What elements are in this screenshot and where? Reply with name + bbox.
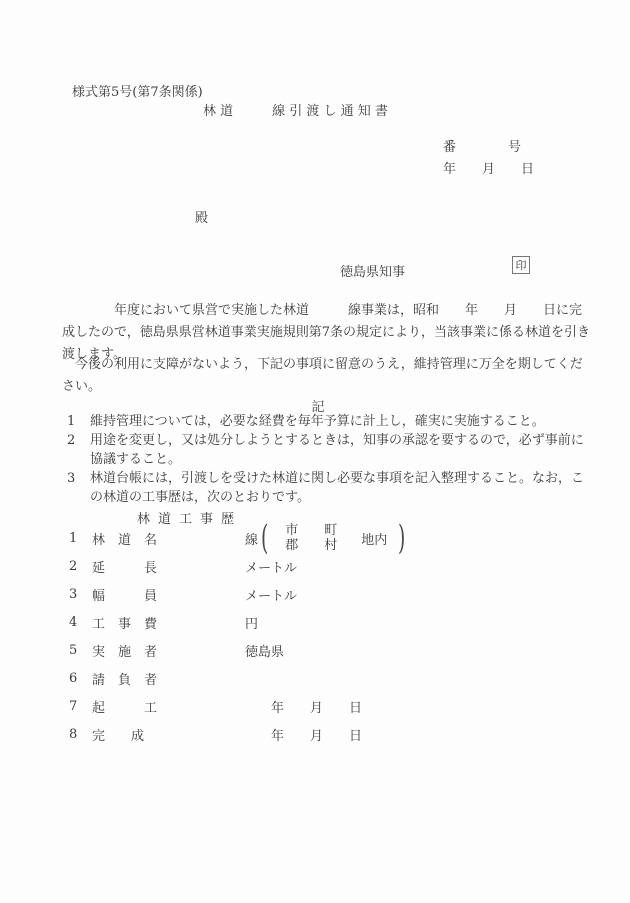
row-number: 3 [69, 587, 92, 602]
note-text: 維持管理については，必要な経費を毎年予算に計上し，確実に実施すること。 [90, 412, 545, 431]
row-value: 年 月 日 [245, 725, 362, 744]
history-route-row: 1 林 道 名 線 ( 市 町 郡 村 地内 ) [69, 524, 614, 552]
row-value: 徳島県 [245, 641, 284, 660]
row-label: 完 成 [92, 725, 245, 744]
row-number: 4 [69, 615, 92, 630]
row-number: 8 [69, 727, 92, 742]
history-row: 2 延 長 メートル [69, 552, 614, 580]
addressee-label: 殿 [195, 207, 208, 226]
document-page: 様式第5号(第7条関係) 林 道 線 引 渡 し 通 知 書 番 号 年 月 日… [0, 0, 630, 903]
row-label: 起 工 [92, 697, 245, 716]
note-item: 3 林道台帳には，引渡しを受けた林道に関し必要な事項を記入整理すること。なお，こ… [67, 469, 602, 507]
route-city-upper: 市 町 [285, 523, 337, 538]
history-row: 6 請 負 者 [69, 664, 614, 692]
route-bracket-open-icon: ( [261, 523, 268, 553]
note-number: 1 [67, 412, 90, 431]
doc-number-line: 番 号 [443, 136, 521, 155]
row-number: 5 [69, 643, 92, 658]
route-bracket-close-icon: ) [398, 523, 405, 553]
form-number-label: 様式第5号(第7条関係) [72, 81, 203, 100]
row-value: 円 [245, 613, 258, 632]
history-row: 8 完 成 年 月 日 [69, 720, 614, 748]
seal-box: 印 [512, 256, 530, 274]
notes-list: 1 維持管理については，必要な経費を毎年予算に計上し，確実に実施すること。 2 … [67, 412, 602, 507]
note-number: 2 [67, 431, 90, 469]
document-title: 林 道 線 引 渡 し 通 知 書 [203, 100, 388, 119]
note-text: 林道台帳には，引渡しを受けた林道に関し必要な事項を記入整理すること。なお，こ の… [90, 469, 584, 507]
row-value: メートル [245, 557, 297, 576]
history-list: 1 林 道 名 線 ( 市 町 郡 村 地内 ) 2 延 長 メートル 3 幅 … [69, 524, 614, 748]
seal-label: 印 [516, 260, 527, 271]
route-city-lower: 郡 村 [285, 538, 337, 553]
row-value: 年 月 日 [245, 697, 362, 716]
note-text: 用途を変更し，又は処分しようとするときは，知事の承認を要するので，必ず事前に 協… [90, 431, 584, 469]
row-label: 実 施 者 [92, 641, 245, 660]
row-label: 延 長 [92, 557, 245, 576]
row-number: 7 [69, 699, 92, 714]
history-row: 3 幅 員 メートル [69, 580, 614, 608]
note-item: 2 用途を変更し，又は処分しようとするときは，知事の承認を要するので，必ず事前に… [67, 431, 602, 469]
sender-label: 徳島県知事 [340, 261, 405, 280]
history-row: 7 起 工 年 月 日 [69, 692, 614, 720]
route-sen-label: 線 [245, 529, 258, 548]
doc-date-line: 年 月 日 [443, 158, 534, 177]
row-label: 工 事 費 [92, 613, 245, 632]
row-label: 林 道 名 [92, 529, 245, 548]
route-city-stack: 市 町 郡 村 [285, 523, 337, 553]
history-row: 4 工 事 費 円 [69, 608, 614, 636]
note-item: 1 維持管理については，必要な経費を毎年予算に計上し，確実に実施すること。 [67, 412, 602, 431]
row-number: 2 [69, 559, 92, 574]
body-paragraph-2: 今後の利用に支障がないよう，下記の事項に留意のうえ，維持管理に万全を期してくだ … [62, 354, 597, 398]
row-label: 請 負 者 [92, 669, 245, 688]
row-value: メートル [245, 585, 297, 604]
route-value-group: 線 ( 市 町 郡 村 地内 ) [245, 523, 409, 553]
row-number: 6 [69, 671, 92, 686]
row-number: 1 [69, 531, 92, 546]
note-number: 3 [67, 469, 90, 507]
route-chinai-label: 地内 [361, 529, 387, 548]
history-row: 5 実 施 者 徳島県 [69, 636, 614, 664]
row-label: 幅 員 [92, 585, 245, 604]
